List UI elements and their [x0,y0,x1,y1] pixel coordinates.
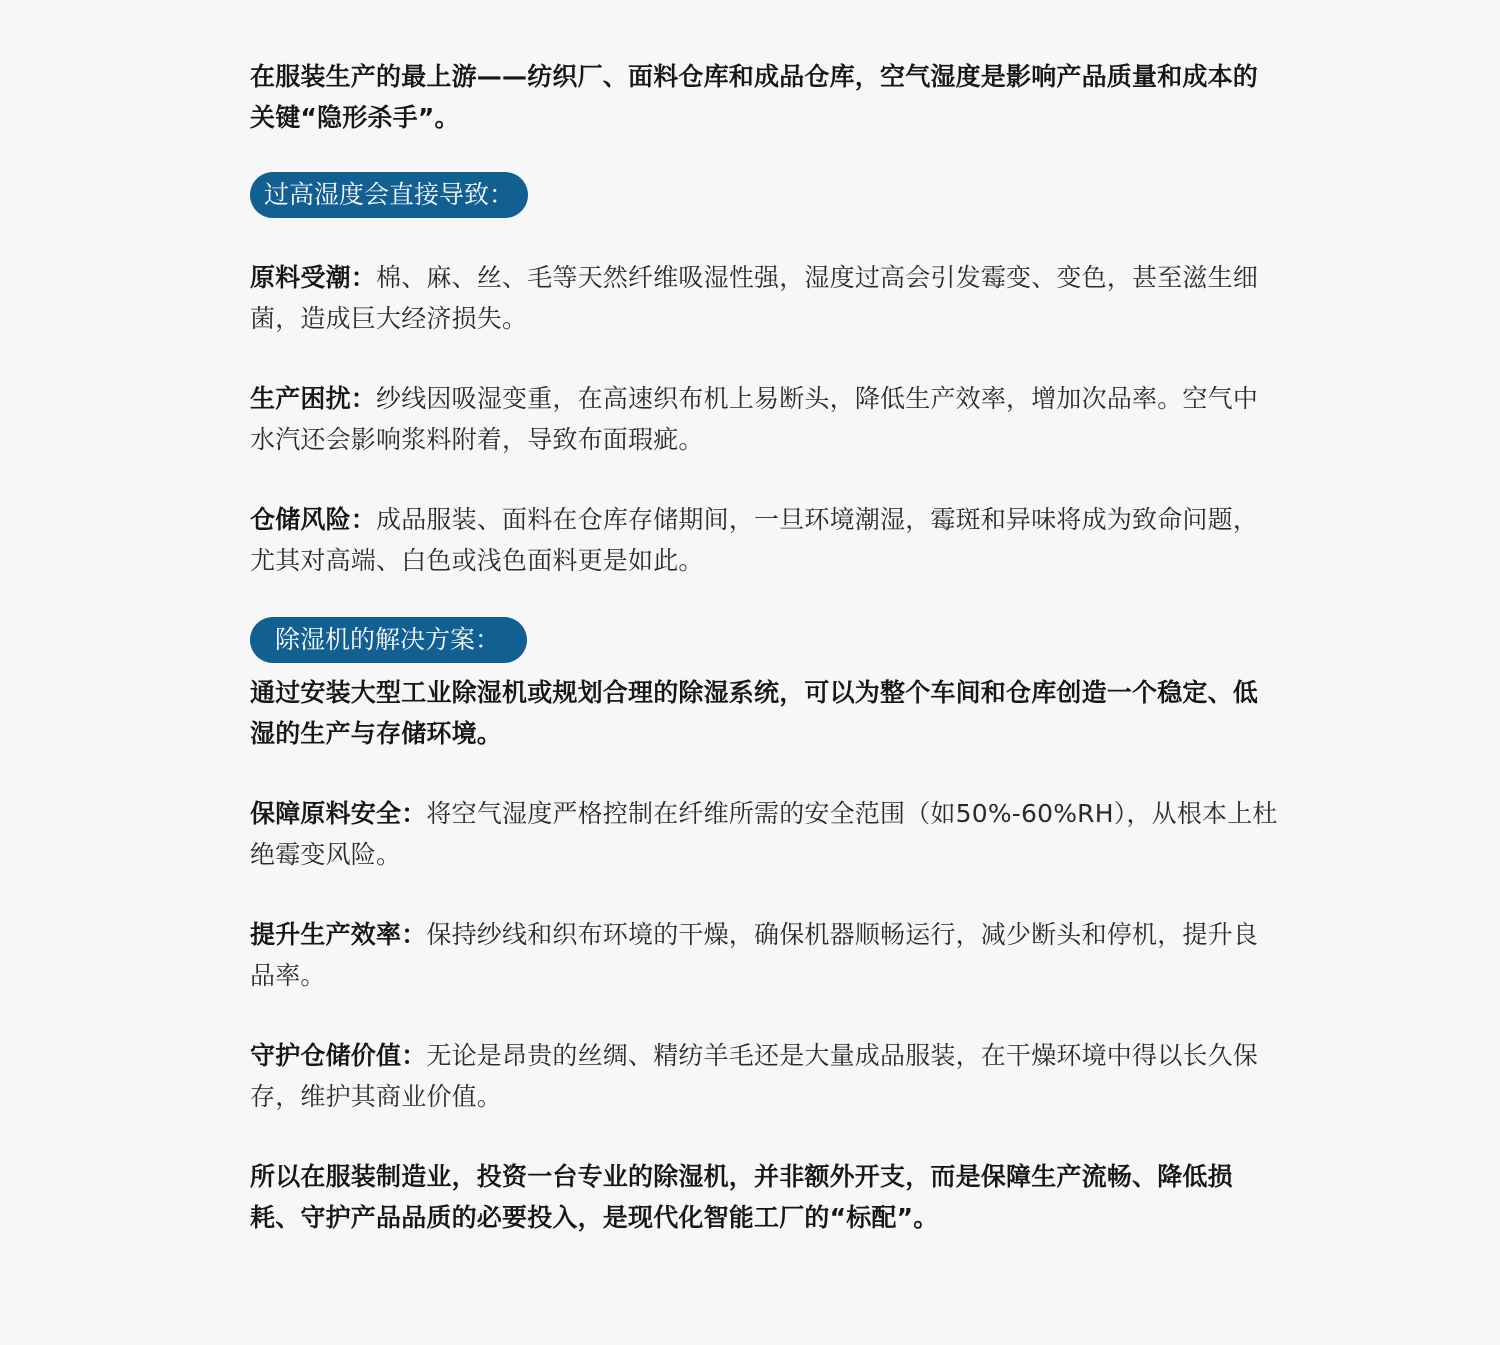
item-body: 纱线因吸湿变重，在高速织布机上易断头，降低生产效率，增加次品率。空气中水汽还会影… [250,384,1258,454]
intro-paragraph: 在服装生产的最上游——纺织厂、面料仓库和成品仓库，空气湿度是影响产品质量和成本的… [250,56,1280,138]
solution-intro-paragraph: 通过安装大型工业除湿机或规划合理的除湿系统，可以为整个车间和仓库创造一个稳定、低… [250,672,1280,754]
section-heading-problems: 过高湿度会直接导致： [250,172,528,218]
conclusion-paragraph: 所以在服装制造业，投资一台专业的除湿机，并非额外开支，而是保障生产流畅、降低损耗… [250,1156,1280,1238]
badge-problems: 过高湿度会直接导致： [250,172,528,218]
item-lead: 生产困扰： [250,384,376,413]
item-lead: 保障原料安全： [250,799,426,828]
solution-item-efficiency: 提升生产效率：保持纱线和织布环境的干燥，确保机器顺畅运行，减少断头和停机，提升良… [250,914,1280,996]
section-heading-solutions: 除湿机的解决方案： [250,617,527,663]
problem-item-storage: 仓储风险：成品服装、面料在仓库存储期间，一旦环境潮湿，霉斑和异味将成为致命问题，… [250,499,1280,581]
badge-solutions: 除湿机的解决方案： [250,617,527,663]
solution-item-material-safety: 保障原料安全：将空气湿度严格控制在纤维所需的安全范围（如50%-60%RH），从… [250,793,1280,875]
item-lead: 守护仓储价值： [250,1041,426,1070]
item-lead: 提升生产效率： [250,920,426,949]
problem-item-production: 生产困扰：纱线因吸湿变重，在高速织布机上易断头，降低生产效率，增加次品率。空气中… [250,378,1280,460]
problem-item-raw-material: 原料受潮：棉、麻、丝、毛等天然纤维吸湿性强，湿度过高会引发霉变、变色，甚至滋生细… [250,257,1280,339]
item-lead: 仓储风险： [250,505,376,534]
item-lead: 原料受潮： [250,263,376,292]
solution-item-storage-value: 守护仓储价值：无论是昂贵的丝绸、精纺羊毛还是大量成品服装，在干燥环境中得以长久保… [250,1035,1280,1117]
item-body: 棉、麻、丝、毛等天然纤维吸湿性强，湿度过高会引发霉变、变色，甚至滋生细菌，造成巨… [250,263,1258,333]
item-body: 成品服装、面料在仓库存储期间，一旦环境潮湿，霉斑和异味将成为致命问题，尤其对高端… [250,505,1258,575]
